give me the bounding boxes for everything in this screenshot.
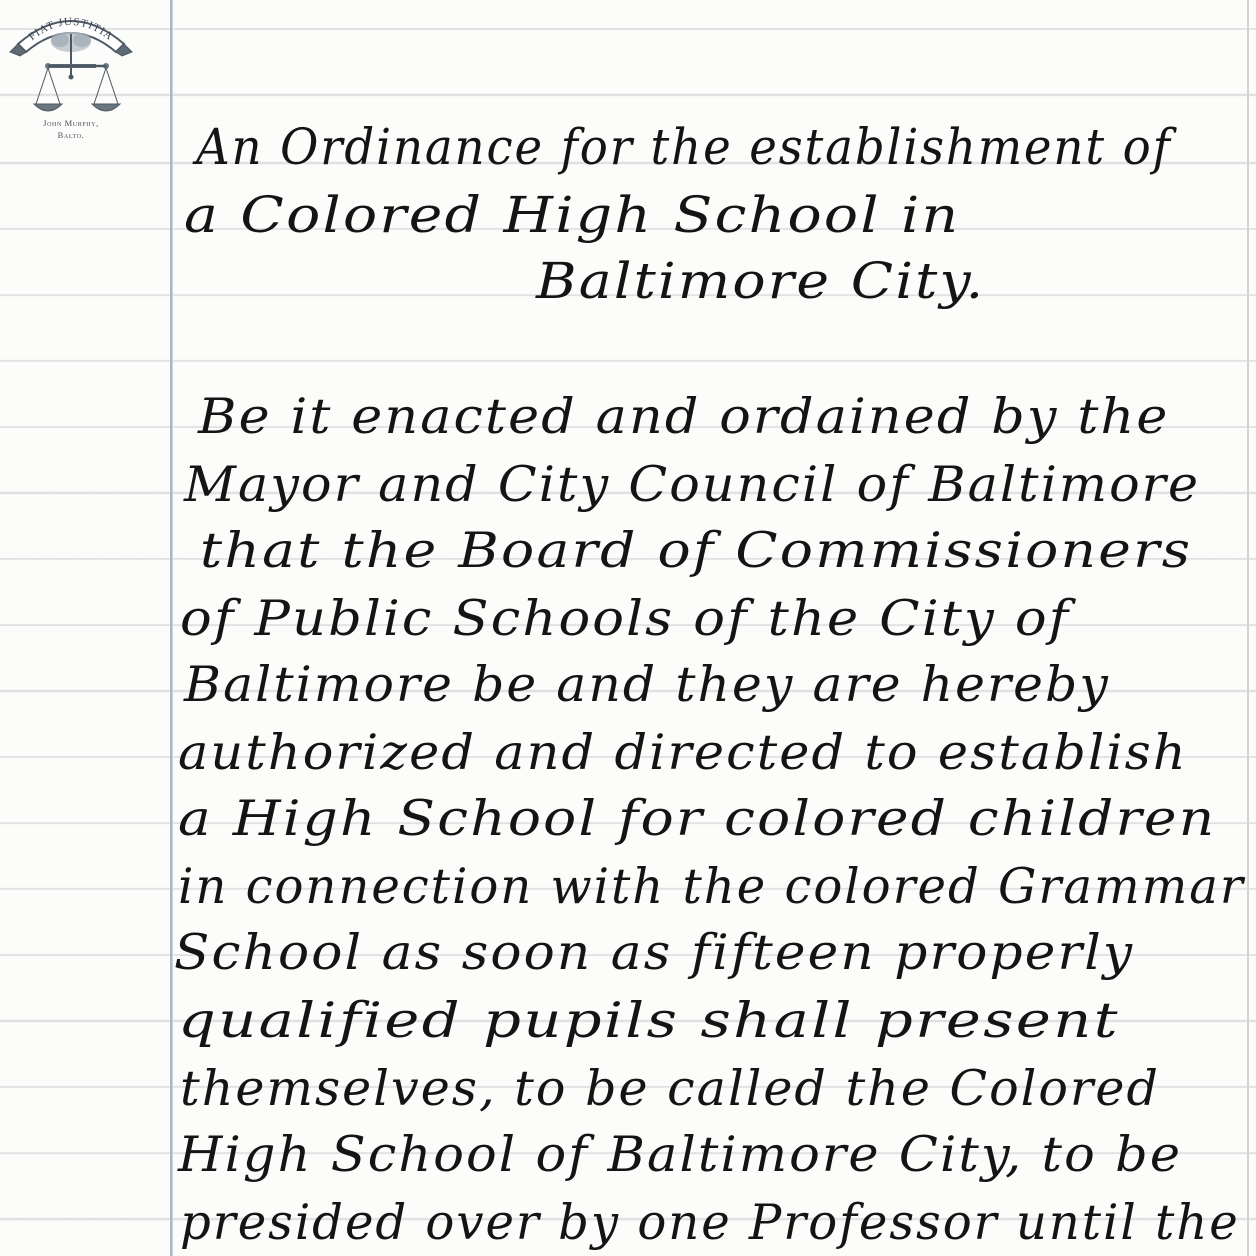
- body-line: that the Board of Commissioners: [200, 522, 1192, 579]
- stamp-city: Balto.: [6, 130, 136, 141]
- page-edge: [1247, 0, 1249, 1256]
- body-line: a High School for colored children: [178, 790, 1216, 847]
- body-line: presided over by one Professor until the: [180, 1194, 1240, 1251]
- document-page: FIAT JUSTITIA John Murphy, Balto. An O: [0, 0, 1256, 1256]
- margin-rule: [170, 0, 172, 1256]
- body-line: authorized and directed to establish: [178, 724, 1188, 781]
- document-title-line-2: a Colored High School in: [184, 186, 960, 244]
- letterhead-stamp: FIAT JUSTITIA John Murphy, Balto.: [6, 4, 136, 154]
- document-title-line-1: An Ordinance for the establishment of: [196, 118, 1172, 176]
- body-line: Be it enacted and ordained by the: [198, 388, 1169, 445]
- body-line: Mayor and City Council of Baltimore: [184, 456, 1200, 513]
- body-line: of Public Schools of the City of: [180, 590, 1070, 647]
- document-title-line-3: Baltimore City.: [536, 252, 985, 310]
- body-line: Baltimore be and they are hereby: [184, 656, 1110, 713]
- body-line: in connection with the colored Grammar: [178, 858, 1245, 915]
- body-line: High School of Baltimore City, to be: [178, 1126, 1182, 1183]
- scales-of-justice-icon: FIAT JUSTITIA: [8, 4, 134, 116]
- body-line: themselves, to be called the Colored: [180, 1060, 1160, 1117]
- stamp-publisher: John Murphy,: [6, 117, 136, 130]
- body-line: School as soon as fifteen properly: [174, 924, 1134, 981]
- body-line: qualified pupils shall present: [178, 992, 1120, 1049]
